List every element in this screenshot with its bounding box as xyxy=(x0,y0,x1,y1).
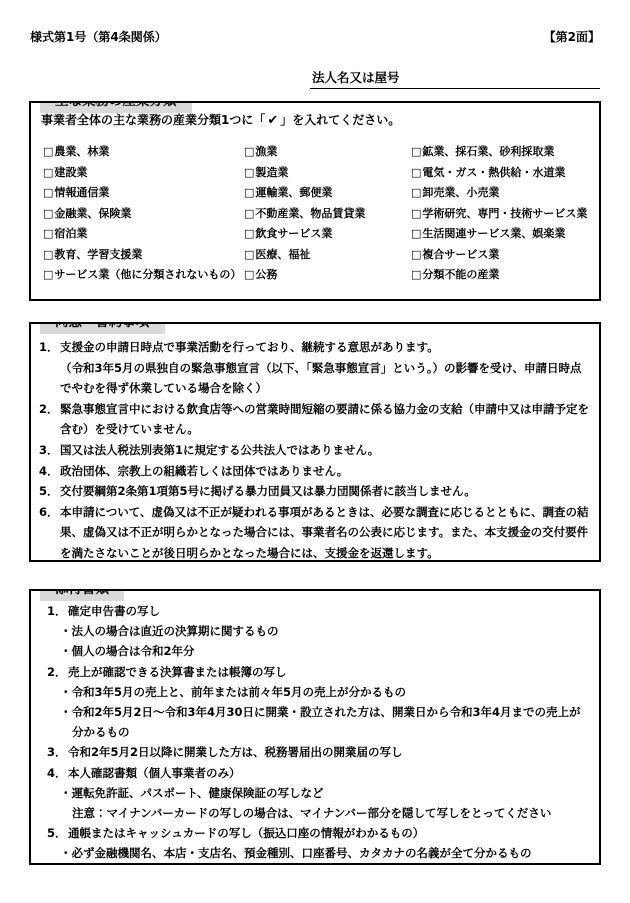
subitem-text: 令和2年5月2日～令和3年4月30日に開業・設立された方は、開業日から令和3年4… xyxy=(72,705,581,739)
checkbox-label: 公務 xyxy=(255,268,277,281)
checkbox-icon: □ xyxy=(244,207,255,220)
checkmark-icon: ✔ xyxy=(265,113,280,128)
checkbox-real-estate-leasing[interactable]: □不動産業、物品賃貸業 xyxy=(244,204,411,225)
checkbox-label: 金融業、保険業 xyxy=(54,207,131,220)
agreement-section: 同意・誓約事項 1． 支援金の申請日時点で事業活動を行っており、継続する意思があ… xyxy=(29,322,601,562)
subitem-text: 令和3年5月の売上と、前年または前々年5月の売上が分かるもの xyxy=(72,685,407,699)
checkbox-icon: □ xyxy=(411,268,422,281)
attachment-item-text: 本人確認書類（個人事業者のみ） xyxy=(68,763,591,783)
checkbox-icon: □ xyxy=(244,145,255,158)
checkbox-label: 製造業 xyxy=(255,166,288,179)
checkbox-manufacturing[interactable]: □製造業 xyxy=(244,163,411,184)
agreement-item-text: 緊急事態宣言中における飲食店等への営業時間短縮の要請に係る協力金の支給（申請中又… xyxy=(60,399,591,440)
agreement-item-text: 国又は法人税法別表第1に規定する公共法人ではありません。 xyxy=(60,440,591,461)
attachment-item-1: 1． 確定申告書の写し xyxy=(39,601,591,621)
checkbox-label: サービス業（他に分類されないもの） xyxy=(54,268,241,281)
attachment-item-text: 売上が確認できる決算書または帳簿の写し xyxy=(68,662,591,682)
checkbox-compound-services[interactable]: □複合サービス業 xyxy=(411,245,599,266)
checkbox-label: 鉱業、採石業、砂利採取業 xyxy=(422,145,554,158)
bullet-icon: ・ xyxy=(60,644,72,658)
bullet-icon: ・ xyxy=(60,624,72,638)
checkbox-icon: □ xyxy=(411,145,422,158)
checkbox-label: 学術研究、専門・技術サービス業 xyxy=(422,207,587,220)
checkbox-icon: □ xyxy=(43,186,54,199)
agreement-item-text: 本申請について、虚偽又は不正が疑われる事項があるときは、必要な調査に応じるととも… xyxy=(60,502,591,562)
checkbox-services-not-classified[interactable]: □サービス業（他に分類されないもの） xyxy=(43,265,244,286)
checkbox-label: 複合サービス業 xyxy=(422,248,499,261)
attachment-item-text: 通帳またはキャッシュカードの写し（振込口座の情報がわかるもの） xyxy=(68,823,591,843)
attachment-item-text: 確定申告書の写し xyxy=(68,601,591,621)
checkbox-information-communication[interactable]: □情報通信業 xyxy=(43,183,244,204)
checkbox-agriculture-forestry[interactable]: □農業、林業 xyxy=(43,142,244,163)
subitem-text: 必ず金融機関名、本店・支店名、預金種別、口座番号、カタカナの名義が全て分かるもの xyxy=(72,846,532,860)
attachment-subitem: ・令和2年5月2日～令和3年4月30日に開業・設立された方は、開業日から令和3年… xyxy=(39,702,591,742)
page-number-label: 【第2面】 xyxy=(544,30,600,45)
checkbox-label: 分類不能の産業 xyxy=(422,268,499,281)
industry-column-2: □漁業 □製造業 □運輸業、郵便業 □不動産業、物品賃貸業 □飲食サービス業 □… xyxy=(244,142,411,286)
item-number: 5． xyxy=(39,481,60,502)
attachment-item-4: 4． 本人確認書類（個人事業者のみ） xyxy=(39,763,591,783)
instruction-text-suffix: 」を入れてください。 xyxy=(280,113,400,127)
checkbox-life-services-entertainment[interactable]: □生活関連サービス業、娯楽業 xyxy=(411,224,599,245)
agreement-item-1: 1． 支援金の申請日時点で事業活動を行っており、継続する意思があります。 （令和… xyxy=(39,337,591,399)
agreement-item-2: 2． 緊急事態宣言中における飲食店等への営業時間短縮の要請に係る協力金の支給（申… xyxy=(39,399,591,440)
form-number: 様式第1号（第4条関係） xyxy=(30,30,167,45)
page-header: 様式第1号（第4条関係） 【第2面】 xyxy=(0,0,630,45)
checkbox-icon: □ xyxy=(411,166,422,179)
bullet-icon: ・ xyxy=(60,786,72,800)
bullet-icon: ・ xyxy=(60,846,72,860)
checkbox-icon: □ xyxy=(244,248,255,261)
agreement-item-text: 支援金の申請日時点で事業活動を行っており、継続する意思があります。 xyxy=(60,337,591,358)
checkbox-label: 電気・ガス・熱供給・水道業 xyxy=(422,166,565,179)
checkbox-label: 運輸業、郵便業 xyxy=(255,186,332,199)
company-name-label: 法人名又は屋号 xyxy=(312,70,400,85)
checkbox-fishery[interactable]: □漁業 xyxy=(244,142,411,163)
checkbox-label: 教育、学習支援業 xyxy=(54,248,142,261)
agreement-item-4: 4． 政治団体、宗教上の組織若しくは団体ではありません。 xyxy=(39,461,591,482)
industry-checkbox-grid: □農業、林業 □建設業 □情報通信業 □金融業、保険業 □宿泊業 □教育、学習支… xyxy=(31,142,599,286)
checkbox-label: 卸売業、小売業 xyxy=(422,186,499,199)
attachment-subitem: ・個人の場合は令和2年分 xyxy=(39,641,591,661)
agreement-item-text: 交付要綱第2条第1項第5号に掲げる暴力団員又は暴力団関係者に該当しません。 xyxy=(60,481,591,502)
checkbox-icon: □ xyxy=(244,227,255,240)
checkbox-transport-postal[interactable]: □運輸業、郵便業 xyxy=(244,183,411,204)
checkbox-label: 生活関連サービス業、娯楽業 xyxy=(422,227,565,240)
attachment-item-5: 5． 通帳またはキャッシュカードの写し（振込口座の情報がわかるもの） xyxy=(39,823,591,843)
agreement-item-note: （令和3年5月の県独自の緊急事態宣言（以下、「緊急事態宣言」という。）の影響を受… xyxy=(60,358,591,399)
subitem-text: 運転免許証、パスポート、健康保険証の写しなど xyxy=(72,786,324,800)
agreement-items: 1． 支援金の申請日時点で事業活動を行っており、継続する意思があります。 （令和… xyxy=(31,324,599,562)
checkbox-label: 飲食サービス業 xyxy=(255,227,332,240)
industry-column-3: □鉱業、採石業、砂利採取業 □電気・ガス・熱供給・水道業 □卸売業、小売業 □学… xyxy=(411,142,599,286)
bullet-icon: ・ xyxy=(60,685,72,699)
checkbox-icon: □ xyxy=(43,248,54,261)
checkbox-academic-professional-technical[interactable]: □学術研究、専門・技術サービス業 xyxy=(411,204,599,225)
item-number: 3． xyxy=(39,440,60,461)
item-number: 2． xyxy=(39,399,60,440)
agreement-section-title: 同意・誓約事項 xyxy=(40,322,165,334)
attachment-subitem: ・法人の場合は直近の決算期に関するもの xyxy=(39,621,591,641)
industry-column-1: □農業、林業 □建設業 □情報通信業 □金融業、保険業 □宿泊業 □教育、学習支… xyxy=(43,142,244,286)
checkbox-icon: □ xyxy=(43,207,54,220)
attachments-items: 1． 確定申告書の写し ・法人の場合は直近の決算期に関するもの ・個人の場合は令… xyxy=(31,591,599,864)
name-row: 法人名又は屋号 xyxy=(310,71,600,89)
company-name-input[interactable]: 法人名又は屋号 xyxy=(310,71,600,89)
checkbox-icon: □ xyxy=(411,186,422,199)
checkbox-icon: □ xyxy=(43,145,54,158)
item-number: 4． xyxy=(47,763,68,783)
attachment-subitem: ・運転免許証、パスポート、健康保険証の写しなど xyxy=(39,783,591,803)
checkbox-icon: □ xyxy=(244,166,255,179)
checkbox-finance-insurance[interactable]: □金融業、保険業 xyxy=(43,204,244,225)
checkbox-construction[interactable]: □建設業 xyxy=(43,163,244,184)
agreement-item-6: 6． 本申請について、虚偽又は不正が疑われる事項があるときは、必要な調査に応じる… xyxy=(39,502,591,562)
attachment-subitem: ・必ず金融機関名、本店・支店名、預金種別、口座番号、カタカナの名義が全て分かるも… xyxy=(39,843,591,863)
checkbox-icon: □ xyxy=(43,166,54,179)
subitem-text: 法人の場合は直近の決算期に関するもの xyxy=(72,624,279,638)
attachment-item-text: 令和2年5月2日以降に開業した方は、税務署届出の開業届の写し xyxy=(68,742,591,762)
attachment-item-2: 2． 売上が確認できる決算書または帳簿の写し xyxy=(39,662,591,682)
industry-section-title: 主な業務の産業分類 xyxy=(40,101,192,113)
industry-classification-section: 主な業務の産業分類 事業者全体の主な業務の産業分類1つに「✔」を入れてください。… xyxy=(29,101,601,301)
item-number: 3． xyxy=(47,742,68,762)
item-number: 5． xyxy=(47,823,68,843)
item-number: 2． xyxy=(47,662,68,682)
checkbox-label: 医療、福祉 xyxy=(255,248,310,261)
checkbox-medical-welfare[interactable]: □医療、福祉 xyxy=(244,245,411,266)
agreement-item-3: 3． 国又は法人税法別表第1に規定する公共法人ではありません。 xyxy=(39,440,591,461)
checkbox-accommodation[interactable]: □宿泊業 xyxy=(43,224,244,245)
checkbox-icon: □ xyxy=(411,248,422,261)
agreement-item-text-wrap: 支援金の申請日時点で事業活動を行っており、継続する意思があります。 （令和3年5… xyxy=(60,337,591,399)
checkbox-icon: □ xyxy=(43,268,54,281)
attachment-item-3: 3． 令和2年5月2日以降に開業した方は、税務署届出の開業届の写し xyxy=(39,742,591,762)
item-number: 6． xyxy=(39,502,60,562)
checkbox-label: 情報通信業 xyxy=(54,186,109,199)
checkbox-mining-quarrying-gravel[interactable]: □鉱業、採石業、砂利採取業 xyxy=(411,142,599,163)
attachments-section: 添付書類 1． 確定申告書の写し ・法人の場合は直近の決算期に関するもの ・個人… xyxy=(29,589,601,865)
subitem-text: 個人の場合は令和2年分 xyxy=(72,644,195,658)
attachment-subitem: ・令和3年5月の売上と、前年または前々年5月の売上が分かるもの xyxy=(39,682,591,702)
checkbox-unclassifiable-industry[interactable]: □分類不能の産業 xyxy=(411,265,599,286)
item-number: 1． xyxy=(39,337,60,399)
checkbox-label: 漁業 xyxy=(255,145,277,158)
checkbox-icon: □ xyxy=(244,268,255,281)
checkbox-icon: □ xyxy=(411,207,422,220)
checkbox-wholesale-retail[interactable]: □卸売業、小売業 xyxy=(411,183,599,204)
item-number: 1． xyxy=(47,601,68,621)
attachments-section-title: 添付書類 xyxy=(40,589,124,601)
checkbox-government-service[interactable]: □公務 xyxy=(244,265,411,286)
checkbox-icon: □ xyxy=(43,227,54,240)
checkbox-food-service[interactable]: □飲食サービス業 xyxy=(244,224,411,245)
checkbox-education-learning-support[interactable]: □教育、学習支援業 xyxy=(43,245,244,266)
bullet-icon: ・ xyxy=(60,705,72,719)
checkbox-icon: □ xyxy=(244,186,255,199)
attachment-item-note: 注意：マイナンバーカードの写しの場合は、マイナンバー部分を隠して写しをとってくだ… xyxy=(39,803,591,823)
checkbox-label: 農業、林業 xyxy=(54,145,109,158)
instruction-text-prefix: 事業者全体の主な業務の産業分類1つに「 xyxy=(41,113,265,127)
checkbox-icon: □ xyxy=(411,227,422,240)
checkbox-label: 宿泊業 xyxy=(54,227,87,240)
checkbox-electricity-gas-heat-water[interactable]: □電気・ガス・熱供給・水道業 xyxy=(411,163,599,184)
item-number: 4． xyxy=(39,461,60,482)
checkbox-label: 不動産業、物品賃貸業 xyxy=(255,207,365,220)
agreement-item-5: 5． 交付要綱第2条第1項第5号に掲げる暴力団員又は暴力団関係者に該当しません。 xyxy=(39,481,591,502)
form-page-2: 様式第1号（第4条関係） 【第2面】 法人名又は屋号 主な業務の産業分類 事業者… xyxy=(0,0,630,903)
agreement-item-text: 政治団体、宗教上の組織若しくは団体ではありません。 xyxy=(60,461,591,482)
checkbox-label: 建設業 xyxy=(54,166,87,179)
